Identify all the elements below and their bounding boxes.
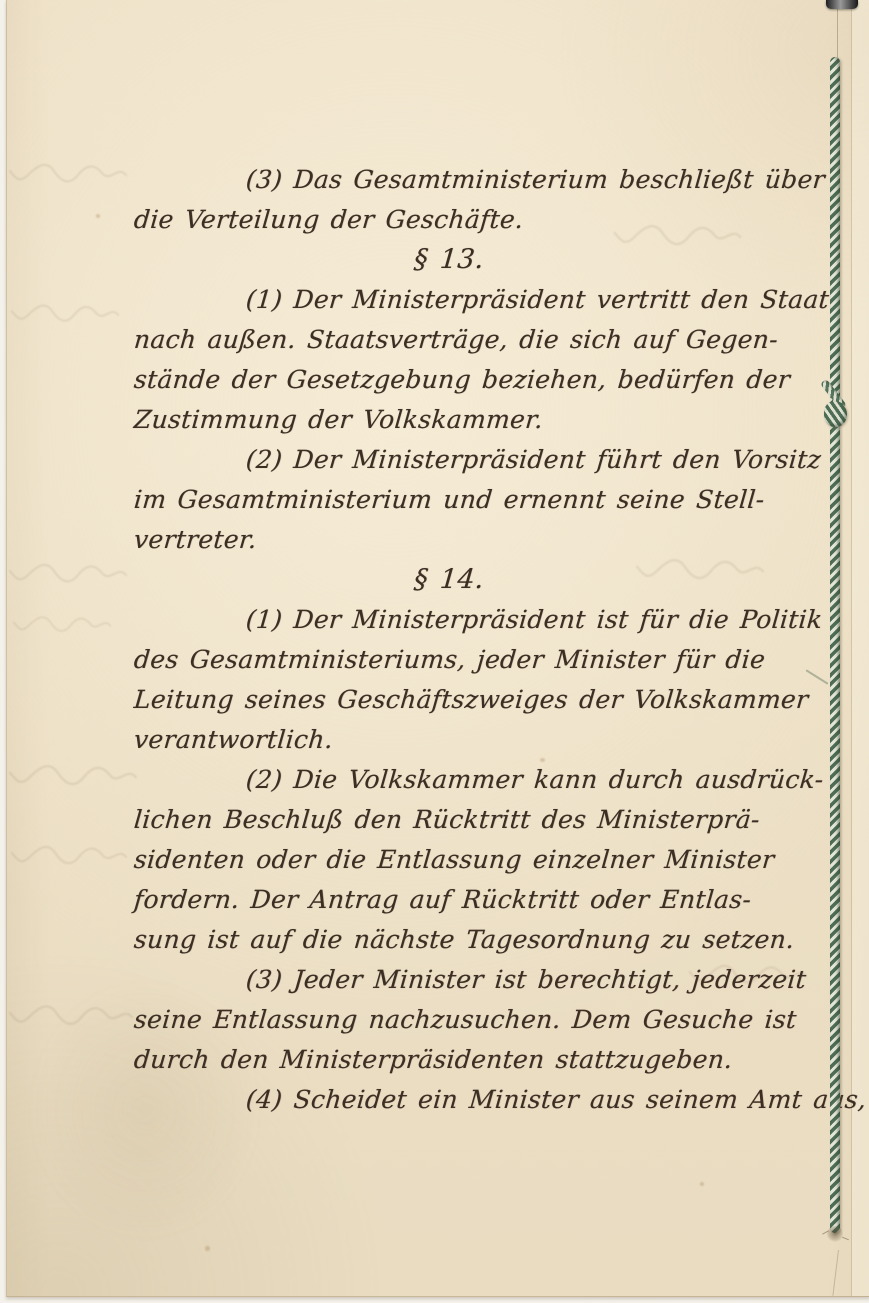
section-heading: § 13. <box>132 240 825 280</box>
page-crease-top <box>837 8 838 58</box>
manuscript-line: sidenten oder die Entlassung einzelner M… <box>132 840 825 880</box>
stitch-hole <box>827 1226 843 1242</box>
bleed-through-mark <box>10 842 128 868</box>
foxing-spot <box>205 1246 210 1251</box>
bleed-through-mark <box>8 1002 134 1028</box>
manuscript-line: vertreter. <box>132 520 825 560</box>
manuscript-text-block: (3) Das Gesamtministerium beschließt übe… <box>134 160 824 1120</box>
bleed-through-mark <box>12 612 112 636</box>
binding-cord <box>830 57 840 1233</box>
metal-clasp <box>826 0 858 9</box>
manuscript-line: (1) Der Ministerpräsident vertritt den S… <box>132 280 825 320</box>
manuscript-line: durch den Ministerpräsidenten stattzugeb… <box>132 1040 825 1080</box>
foxing-spot <box>700 1182 704 1186</box>
manuscript-line: des Gesamtministeriums, jeder Minister f… <box>132 640 825 680</box>
manuscript-line: seine Entlassung nachzusuchen. Dem Gesuc… <box>132 1000 825 1040</box>
manuscript-line: (4) Scheidet ein Minister aus seinem Amt… <box>132 1080 825 1120</box>
manuscript-line: Leitung seines Geschäftszweiges der Volk… <box>132 680 825 720</box>
manuscript-line: im Gesamtministerium und ernennt seine S… <box>132 480 825 520</box>
manuscript-line: nach außen. Staatsverträge, die sich auf… <box>132 320 825 360</box>
foxing-spot <box>96 214 100 218</box>
manuscript-line: (1) Der Ministerpräsident ist für die Po… <box>132 600 825 640</box>
manuscript-line: sung ist auf die nächste Tagesordnung zu… <box>132 920 825 960</box>
bleed-through-mark <box>10 300 120 326</box>
manuscript-line: Zustimmung der Volkskammer. <box>132 400 825 440</box>
scanned-page: (3) Das Gesamtministerium beschließt übe… <box>0 0 869 1303</box>
manuscript-line: (2) Die Volkskammer kann durch ausdrück- <box>132 760 825 800</box>
manuscript-line: (3) Das Gesamtministerium beschließt übe… <box>132 160 825 200</box>
manuscript-line: fordern. Der Antrag auf Rücktritt oder E… <box>132 880 825 920</box>
manuscript-line: (3) Jeder Minister ist berechtigt, jeder… <box>132 960 825 1000</box>
bleed-through-mark <box>8 762 138 788</box>
manuscript-line: verantwortlich. <box>132 720 825 760</box>
bleed-through-mark <box>8 160 128 186</box>
manuscript-line: lichen Beschluß den Rücktritt des Minist… <box>132 800 825 840</box>
binding-cord-knot <box>824 401 847 427</box>
manuscript-line: stände der Gesetzgebung beziehen, bedürf… <box>132 360 825 400</box>
section-heading: § 14. <box>132 560 825 600</box>
manuscript-line: (2) Der Ministerpräsident führt den Vors… <box>132 440 825 480</box>
bleed-through-mark <box>8 560 128 586</box>
manuscript-line: die Verteilung der Geschäfte. <box>132 200 825 240</box>
